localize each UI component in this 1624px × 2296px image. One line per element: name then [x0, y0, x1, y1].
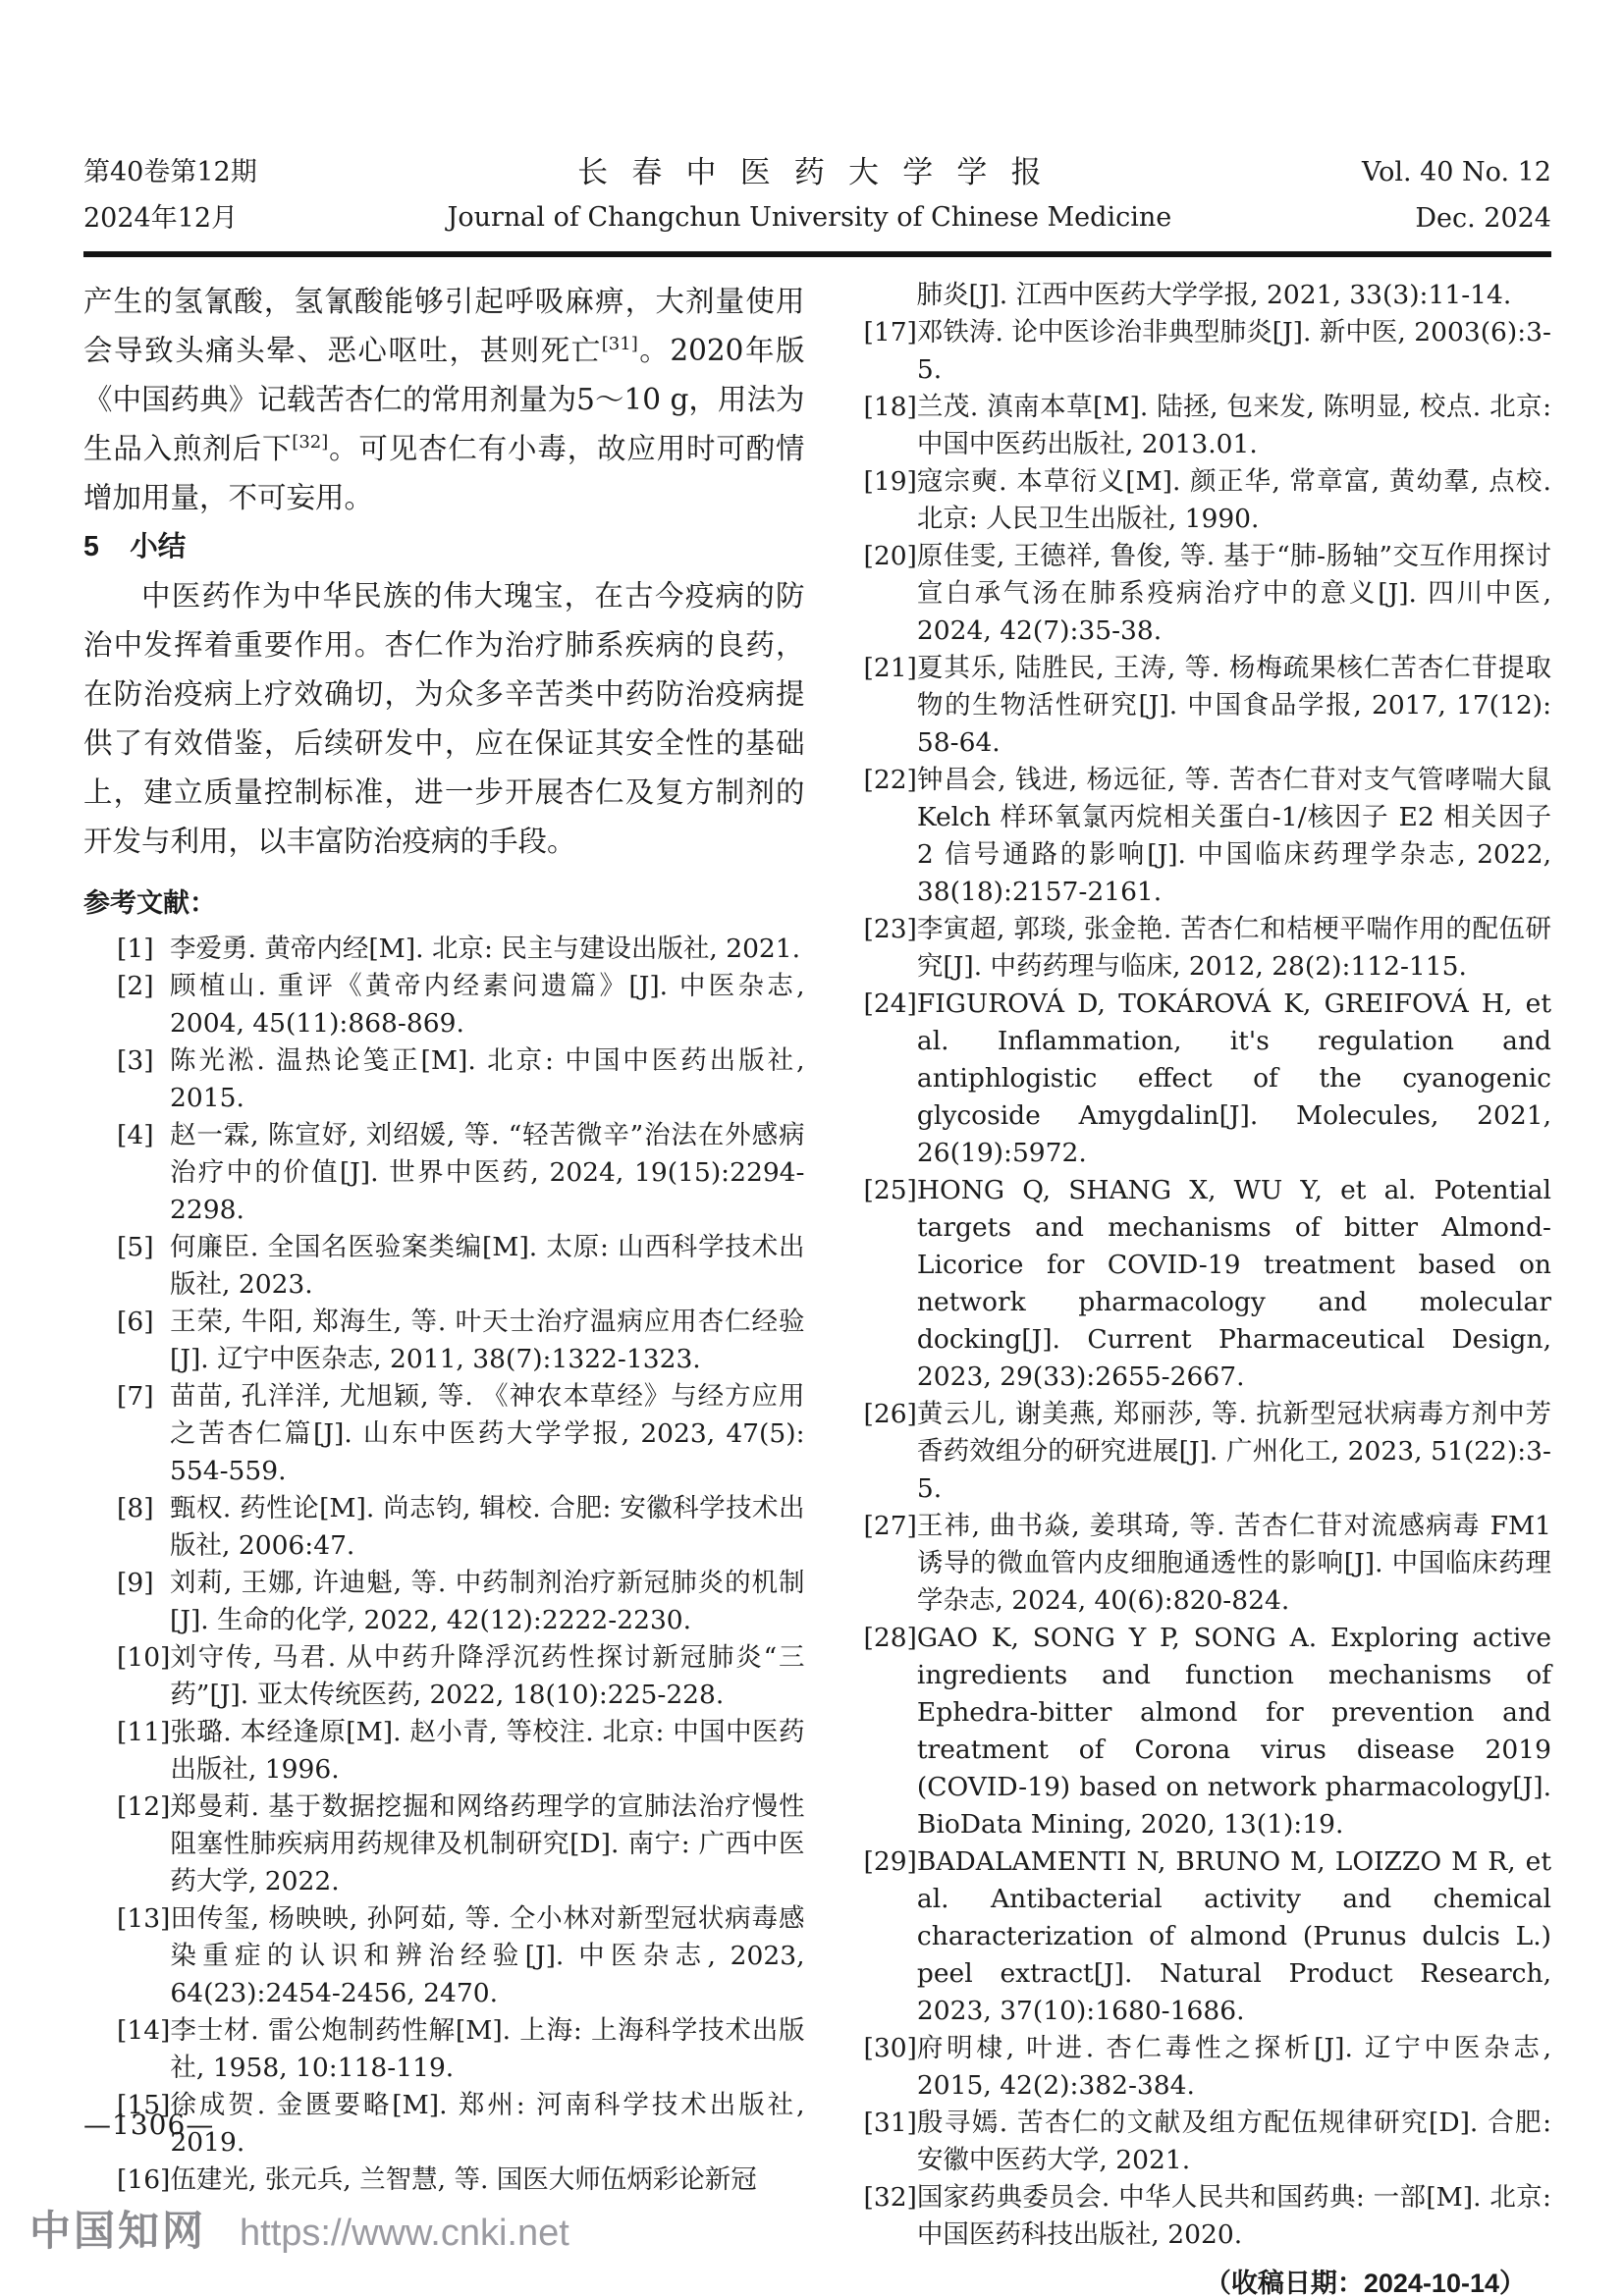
reference-text: 田传玺, 杨映映, 孙阿茹, 等. 仝小林对新型冠状病毒感染重症的认识和辨治经验… — [170, 1900, 804, 2012]
citation-sup-31: [31] — [602, 334, 638, 354]
reference-text: 王祎, 曲书焱, 姜琪琦, 等. 苦杏仁苷对流感病毒 FM1 诱导的微血管内皮细… — [917, 1508, 1551, 1620]
reference-text: 殷寻嫣. 苦杏仁的文献及组方配伍规律研究[D]. 合肥: 安徽中医药大学, 20… — [917, 2105, 1551, 2179]
reference-item: [4]赵一霖, 陈宣妤, 刘绍媛, 等. “轻苦微辛”治法在外感病治疗中的价值[… — [83, 1117, 805, 1229]
reference-item: [25]HONG Q, SHANG X, WU Y, et al. Potent… — [831, 1172, 1552, 1396]
reference-number: [18] — [864, 389, 917, 463]
reference-number: [2] — [117, 968, 170, 1042]
reference-text: 钟昌会, 钱进, 杨远征, 等. 苦杏仁苷对支气管哮喘大鼠 Kelch 样环氧氯… — [917, 762, 1551, 911]
volume-issue-en: Vol. 40 No. 12 — [1362, 149, 1551, 195]
reference-number: [5] — [117, 1229, 170, 1304]
reference-item: [26]黄云儿, 谢美燕, 郑丽莎, 等. 抗新型冠状病毒方剂中芳香药效组分的研… — [831, 1396, 1552, 1508]
reference-number: [3] — [117, 1042, 170, 1117]
reference-item: [23]李寅超, 郭琰, 张金艳. 苦杏仁和桔梗平喘作用的配伍研究[J]. 中药… — [831, 911, 1552, 986]
header-issue-block: 第40卷第12期 2024年12月 — [83, 149, 257, 241]
reference-number: [7] — [117, 1378, 170, 1490]
reference-text: 顾植山. 重评《黄帝内经素问遗篇》[J]. 中医杂志, 2004, 45(11)… — [170, 968, 805, 1042]
reference-item: [24]FIGUROVÁ D, TOKÁROVÁ K, GREIFOVÁ H, … — [831, 986, 1552, 1172]
reference-item: [13]田传玺, 杨映映, 孙阿茹, 等. 仝小林对新型冠状病毒感染重症的认识和… — [83, 1900, 805, 2012]
reference-number: [12] — [117, 1789, 170, 1900]
reference-number: [8] — [117, 1490, 170, 1565]
volume-issue-cn: 第40卷第12期 — [83, 149, 257, 195]
reference-text: FIGUROVÁ D, TOKÁROVÁ K, GREIFOVÁ H, et a… — [917, 986, 1551, 1172]
cnki-watermark-url: https://www.cnki.net — [240, 2213, 569, 2255]
reference-number: [26] — [864, 1396, 917, 1508]
reference-text: 徐成贺. 金匮要略[M]. 郑州: 河南科学技术出版社, 2019. — [170, 2087, 804, 2162]
reference-number: [13] — [117, 1900, 170, 2012]
reference-text: 府明棣, 叶进. 杏仁毒性之探析[J]. 辽宁中医杂志, 2015, 42(2)… — [917, 2030, 1551, 2105]
reference-16-continuation: 肺炎[J]. 江西中医药大学学报, 2021, 33(3):11-14. — [831, 277, 1552, 314]
reference-text: 王荣, 牛阳, 郑海生, 等. 叶天士治疗温病应用杏仁经验[J]. 辽宁中医杂志… — [170, 1304, 805, 1378]
left-column: 产生的氢氰酸，氢氰酸能够引起呼吸麻痹，大剂量使用会导致头痛头晕、恶心呕吐，甚则死… — [83, 277, 805, 2296]
reference-item: [3]陈光淞. 温热论笺正[M]. 北京: 中国中医药出版社, 2015. — [83, 1042, 805, 1117]
reference-item: [11]张璐. 本经逢原[M]. 赵小青, 等校注. 北京: 中国中医药出版社,… — [83, 1714, 805, 1789]
cnki-watermark-logo-text: 中国知网 — [29, 2199, 206, 2258]
date-cn: 2024年12月 — [83, 195, 257, 241]
reference-number: [25] — [864, 1172, 917, 1396]
page-number: —1306— — [83, 2109, 214, 2141]
reference-text: 甄权. 药性论[M]. 尚志钧, 辑校. 合肥: 安徽科学技术出版社, 2006… — [170, 1490, 805, 1565]
reference-item: [2]顾植山. 重评《黄帝内经素问遗篇》[J]. 中医杂志, 2004, 45(… — [83, 968, 805, 1042]
reference-item: [12]郑曼莉. 基于数据挖掘和网络药理学的宣肺法治疗慢性阻塞性肺疾病用药规律及… — [83, 1789, 805, 1900]
reference-text: 刘守传, 马君. 从中药升降浮沉药性探讨新冠肺炎“三药”[J]. 亚太传统医药,… — [170, 1639, 804, 1714]
reference-text: 伍建光, 张元兵, 兰智慧, 等. 国医大师伍炳彩论新冠 — [170, 2162, 804, 2199]
paragraph-toxicity-dosage: 产生的氢氰酸，氢氰酸能够引起呼吸麻痹，大剂量使用会导致头痛头晕、恶心呕吐，甚则死… — [83, 277, 805, 522]
reference-list-right: [17]邓铁涛. 论中医诊治非典型肺炎[J]. 新中医, 2003(6):3-5… — [831, 314, 1552, 2254]
reference-text: 赵一霖, 陈宣妤, 刘绍媛, 等. “轻苦微辛”治法在外感病治疗中的价值[J].… — [170, 1117, 805, 1229]
reference-item: [18]兰茂. 滇南本草[M]. 陆拯, 包来发, 陈明显, 校点. 北京: 中… — [831, 389, 1552, 463]
section-5-heading: 5小结 — [83, 522, 805, 571]
reference-number: [23] — [864, 911, 917, 986]
journal-title-en: Journal of Changchun University of Chine… — [257, 195, 1362, 240]
reference-text: 郑曼莉. 基于数据挖掘和网络药理学的宣肺法治疗慢性阻塞性肺疾病用药规律及机制研究… — [170, 1789, 804, 1900]
references-heading: 参考文献： — [83, 881, 805, 925]
reference-number: [11] — [117, 1714, 170, 1789]
reference-number: [19] — [864, 463, 917, 538]
reference-item: [6]王荣, 牛阳, 郑海生, 等. 叶天士治疗温病应用杏仁经验[J]. 辽宁中… — [83, 1304, 805, 1378]
reference-item: [29]BADALAMENTI N, BRUNO M, LOIZZO M R, … — [831, 1843, 1552, 2030]
paragraph-summary: 中医药作为中华民族的伟大瑰宝，在古今疫病的防治中发挥着重要作用。杏仁作为治疗肺系… — [83, 571, 805, 866]
header-vol-block: Vol. 40 No. 12 Dec. 2024 — [1362, 149, 1551, 241]
reference-text: 国家药典委员会. 中华人民共和国药典: 一部[M]. 北京: 中国医药科技出版社… — [917, 2179, 1551, 2254]
reference-text: 寇宗奭. 本草衍义[M]. 颜正华, 常章富, 黄幼羣, 点校. 北京: 人民卫… — [917, 463, 1551, 538]
reference-number: [1] — [117, 931, 170, 968]
reference-number: [14] — [117, 2012, 170, 2087]
reference-number: [16] — [117, 2162, 170, 2199]
received-date: （收稿日期：2024-10-14） — [831, 2264, 1552, 2296]
reference-number: [29] — [864, 1843, 917, 2030]
section-number: 5 — [83, 531, 99, 562]
reference-text: 邓铁涛. 论中医诊治非典型肺炎[J]. 新中医, 2003(6):3-5. — [917, 314, 1551, 389]
journal-title-cn: 长春中医药大学学报 — [281, 151, 1362, 195]
reference-number: [4] — [117, 1117, 170, 1229]
reference-list-left: [1]李爱勇. 黄帝内经[M]. 北京: 民主与建设出版社, 2021.[2]顾… — [83, 931, 805, 2199]
reference-number: [30] — [864, 2030, 917, 2105]
reference-item: [31]殷寻嫣. 苦杏仁的文献及组方配伍规律研究[D]. 合肥: 安徽中医药大学… — [831, 2105, 1552, 2179]
reference-text: HONG Q, SHANG X, WU Y, et al. Potential … — [917, 1172, 1551, 1396]
reference-number: [22] — [864, 762, 917, 911]
reference-number: [28] — [864, 1620, 917, 1843]
reference-number: [24] — [864, 986, 917, 1172]
reference-text: 陈光淞. 温热论笺正[M]. 北京: 中国中医药出版社, 2015. — [170, 1042, 805, 1117]
reference-item: [7]苗苗, 孔洋洋, 尤旭颖, 等. 《神农本草经》与经方应用之苦杏仁篇[J]… — [83, 1378, 805, 1490]
reference-number: [17] — [864, 314, 917, 389]
reference-text: 张璐. 本经逢原[M]. 赵小青, 等校注. 北京: 中国中医药出版社, 199… — [170, 1714, 804, 1789]
reference-item: [9]刘莉, 王娜, 许迪魁, 等. 中药制剂治疗新冠肺炎的机制[J]. 生命的… — [83, 1565, 805, 1639]
reference-text: BADALAMENTI N, BRUNO M, LOIZZO M R, et a… — [917, 1843, 1551, 2030]
section-title: 小结 — [130, 531, 186, 562]
reference-text: 李士材. 雷公炮制药性解[M]. 上海: 上海科学技术出版社, 1958, 10… — [170, 2012, 804, 2087]
reference-text: 夏其乐, 陆胜民, 王涛, 等. 杨梅疏果核仁苦杏仁苷提取物的生物活性研究[J]… — [917, 650, 1551, 762]
page-body: 产生的氢氰酸，氢氰酸能够引起呼吸麻痹，大剂量使用会导致头痛头晕、恶心呕吐，甚则死… — [0, 257, 1624, 2296]
reference-text: 黄云儿, 谢美燕, 郑丽莎, 等. 抗新型冠状病毒方剂中芳香药效组分的研究进展[… — [917, 1396, 1551, 1508]
reference-item: [32]国家药典委员会. 中华人民共和国药典: 一部[M]. 北京: 中国医药科… — [831, 2179, 1552, 2254]
reference-item: [20]原佳雯, 王德祥, 鲁俊, 等. 基于“肺-肠轴”交互作用探讨宣白承气汤… — [831, 538, 1552, 650]
reference-item: [14]李士材. 雷公炮制药性解[M]. 上海: 上海科学技术出版社, 1958… — [83, 2012, 805, 2087]
reference-item: [8]甄权. 药性论[M]. 尚志钧, 辑校. 合肥: 安徽科学技术出版社, 2… — [83, 1490, 805, 1565]
reference-item: [21]夏其乐, 陆胜民, 王涛, 等. 杨梅疏果核仁苦杏仁苷提取物的生物活性研… — [831, 650, 1552, 762]
reference-item: [22]钟昌会, 钱进, 杨远征, 等. 苦杏仁苷对支气管哮喘大鼠 Kelch … — [831, 762, 1552, 911]
journal-page: 第40卷第12期 2024年12月 长春中医药大学学报 Journal of C… — [0, 0, 1624, 2296]
reference-item: [27]王祎, 曲书焱, 姜琪琦, 等. 苦杏仁苷对流感病毒 FM1 诱导的微血… — [831, 1508, 1552, 1620]
cnki-watermark: 中国知网 https://www.cnki.net — [29, 2199, 569, 2258]
citation-sup-32: [32] — [292, 432, 328, 453]
reference-item: [1]李爱勇. 黄帝内经[M]. 北京: 民主与建设出版社, 2021. — [83, 931, 805, 968]
reference-text: 兰茂. 滇南本草[M]. 陆拯, 包来发, 陈明显, 校点. 北京: 中国中医药… — [917, 389, 1551, 463]
reference-item: [10]刘守传, 马君. 从中药升降浮沉药性探讨新冠肺炎“三药”[J]. 亚太传… — [83, 1639, 805, 1714]
reference-text: 李爱勇. 黄帝内经[M]. 北京: 民主与建设出版社, 2021. — [170, 931, 805, 968]
reference-number: [32] — [864, 2179, 917, 2254]
header-journal-block: 长春中医药大学学报 Journal of Changchun Universit… — [257, 149, 1362, 240]
reference-item: [17]邓铁涛. 论中医诊治非典型肺炎[J]. 新中医, 2003(6):3-5… — [831, 314, 1552, 389]
date-en: Dec. 2024 — [1362, 195, 1551, 241]
reference-text: GAO K, SONG Y P, SONG A. Exploring activ… — [917, 1620, 1551, 1843]
reference-number: [6] — [117, 1304, 170, 1378]
page-header: 第40卷第12期 2024年12月 长春中医药大学学报 Journal of C… — [0, 0, 1624, 241]
reference-item: [16]伍建光, 张元兵, 兰智慧, 等. 国医大师伍炳彩论新冠 — [83, 2162, 805, 2199]
reference-number: [31] — [864, 2105, 917, 2179]
reference-number: [20] — [864, 538, 917, 650]
reference-number: [10] — [117, 1639, 170, 1714]
reference-number: [9] — [117, 1565, 170, 1639]
reference-text: 刘莉, 王娜, 许迪魁, 等. 中药制剂治疗新冠肺炎的机制[J]. 生命的化学,… — [170, 1565, 805, 1639]
reference-text: 原佳雯, 王德祥, 鲁俊, 等. 基于“肺-肠轴”交互作用探讨宣白承气汤在肺系疫… — [917, 538, 1551, 650]
reference-item: [19]寇宗奭. 本草衍义[M]. 颜正华, 常章富, 黄幼羣, 点校. 北京:… — [831, 463, 1552, 538]
reference-text: 李寅超, 郭琰, 张金艳. 苦杏仁和桔梗平喘作用的配伍研究[J]. 中药药理与临… — [917, 911, 1551, 986]
right-column: 肺炎[J]. 江西中医药大学学报, 2021, 33(3):11-14. [17… — [831, 277, 1552, 2296]
reference-text: 苗苗, 孔洋洋, 尤旭颖, 等. 《神农本草经》与经方应用之苦杏仁篇[J]. 山… — [170, 1378, 805, 1490]
reference-text: 何廉臣. 全国名医验案类编[M]. 太原: 山西科学技术出版社, 2023. — [170, 1229, 805, 1304]
reference-item: [30]府明棣, 叶进. 杏仁毒性之探析[J]. 辽宁中医杂志, 2015, 4… — [831, 2030, 1552, 2105]
reference-number: [21] — [864, 650, 917, 762]
reference-item: [28]GAO K, SONG Y P, SONG A. Exploring a… — [831, 1620, 1552, 1843]
reference-item: [5]何廉臣. 全国名医验案类编[M]. 太原: 山西科学技术出版社, 2023… — [83, 1229, 805, 1304]
reference-number: [27] — [864, 1508, 917, 1620]
